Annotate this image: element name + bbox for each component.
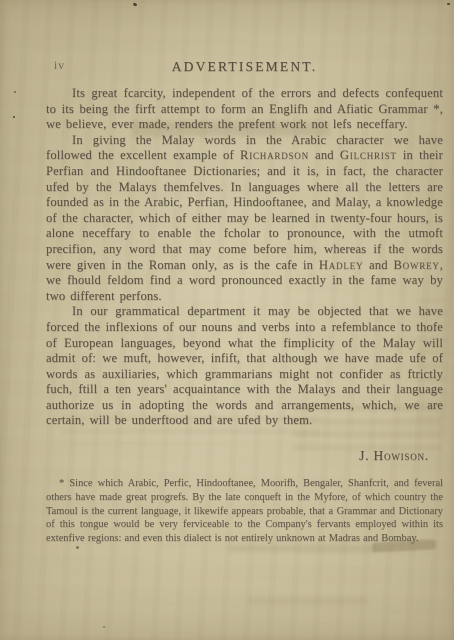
text-run: in their Perfian and Hindooftanee Dictio… [46, 148, 443, 271]
paper-speck [14, 91, 16, 93]
text-run: In our grammatical department it may be … [46, 304, 443, 427]
proper-name: Hadley [319, 258, 363, 272]
paragraph: Its great fcarcity, independent of the e… [46, 86, 443, 133]
text-run: and [309, 148, 340, 162]
paragraph: In our grammatical department it may be … [46, 304, 443, 429]
bleed-through-ghost [228, 545, 378, 552]
proper-name: Bowrey [393, 258, 439, 272]
author-signature: J. Howison. [46, 448, 443, 464]
proper-name: Richardson [240, 148, 309, 162]
paper-speck [133, 2, 138, 6]
paper-speck [447, 3, 450, 5]
paper-speck [13, 116, 15, 118]
paragraph: In giving the Malay words in the Arabic … [46, 133, 443, 305]
page-title: ADVERTISEMENT. [172, 59, 318, 74]
scanned-page: iv ADVERTISEMENT. Its great fcarcity, in… [0, 0, 454, 640]
text-run: Its great fcarcity, independent of the e… [46, 86, 443, 131]
page-number: iv [54, 60, 65, 72]
proper-name: Gilchrist [340, 148, 397, 162]
paper-speck [76, 546, 79, 549]
footnote: * Since which Arabic, Perfic, Hindooftan… [46, 477, 443, 546]
text-run: and [363, 258, 393, 272]
text-column: iv ADVERTISEMENT. Its great fcarcity, in… [46, 58, 443, 546]
bleed-through-ghost [248, 598, 368, 604]
paper-speck [103, 626, 105, 628]
running-head: iv ADVERTISEMENT. [46, 58, 443, 74]
